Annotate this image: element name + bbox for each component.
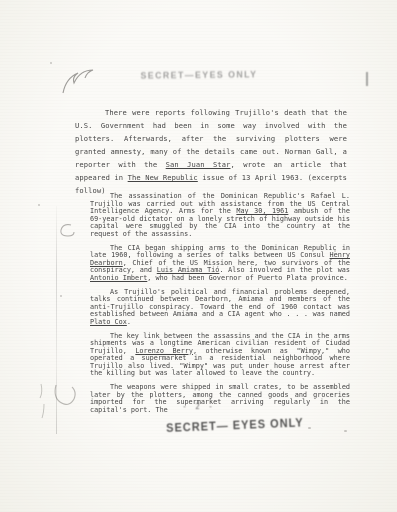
pen-scratch-bottom-left — [40, 384, 44, 418]
excerpt-paragraph: The assassination of the Dominican Repub… — [90, 193, 350, 238]
scan-speck — [308, 427, 311, 429]
scan-speck — [60, 295, 62, 297]
scan-tick-top-right — [366, 72, 368, 86]
scan-speck — [38, 204, 40, 206]
excerpt-text: , who had been Governor of Puerto Plata … — [147, 274, 348, 282]
pen-curl-left-margin — [61, 225, 74, 236]
excerpt-paragraph: As Trujillo's political and financial pr… — [90, 289, 350, 327]
underlined-new-republic: The New Republic — [128, 173, 198, 182]
underlined-name-imbert: Antonio Imbert — [90, 274, 147, 282]
pen-squiggle-top-left — [63, 70, 93, 93]
excerpt-block: The assassination of the Dominican Repub… — [90, 193, 350, 421]
excerpt-paragraph: The CIA began shipping arms to the Domin… — [90, 245, 350, 283]
scan-speck — [50, 62, 52, 64]
page-number: - 2 - — [0, 402, 397, 411]
classification-stamp-top: SECRET—EYES ONLY — [140, 69, 257, 81]
excerpt-text: . — [127, 318, 131, 326]
excerpt-text: As Trujillo's political and financial pr… — [90, 288, 350, 319]
fold-line-artifact — [56, 206, 57, 434]
excerpt-text: The CIA began shipping arms to the Domin… — [90, 244, 350, 260]
excerpt-paragraph: The key link between the assassins and t… — [90, 333, 350, 378]
underlined-san-juan-star: San Juan Star — [166, 160, 231, 169]
scan-speck — [344, 430, 347, 432]
underlined-name-plato-cox: Plato Cox — [90, 318, 127, 326]
scanned-document-page: SECRET—EYES ONLY There were reports foll… — [0, 0, 397, 512]
intro-paragraph: There were reports following Trujillo's … — [75, 106, 347, 197]
